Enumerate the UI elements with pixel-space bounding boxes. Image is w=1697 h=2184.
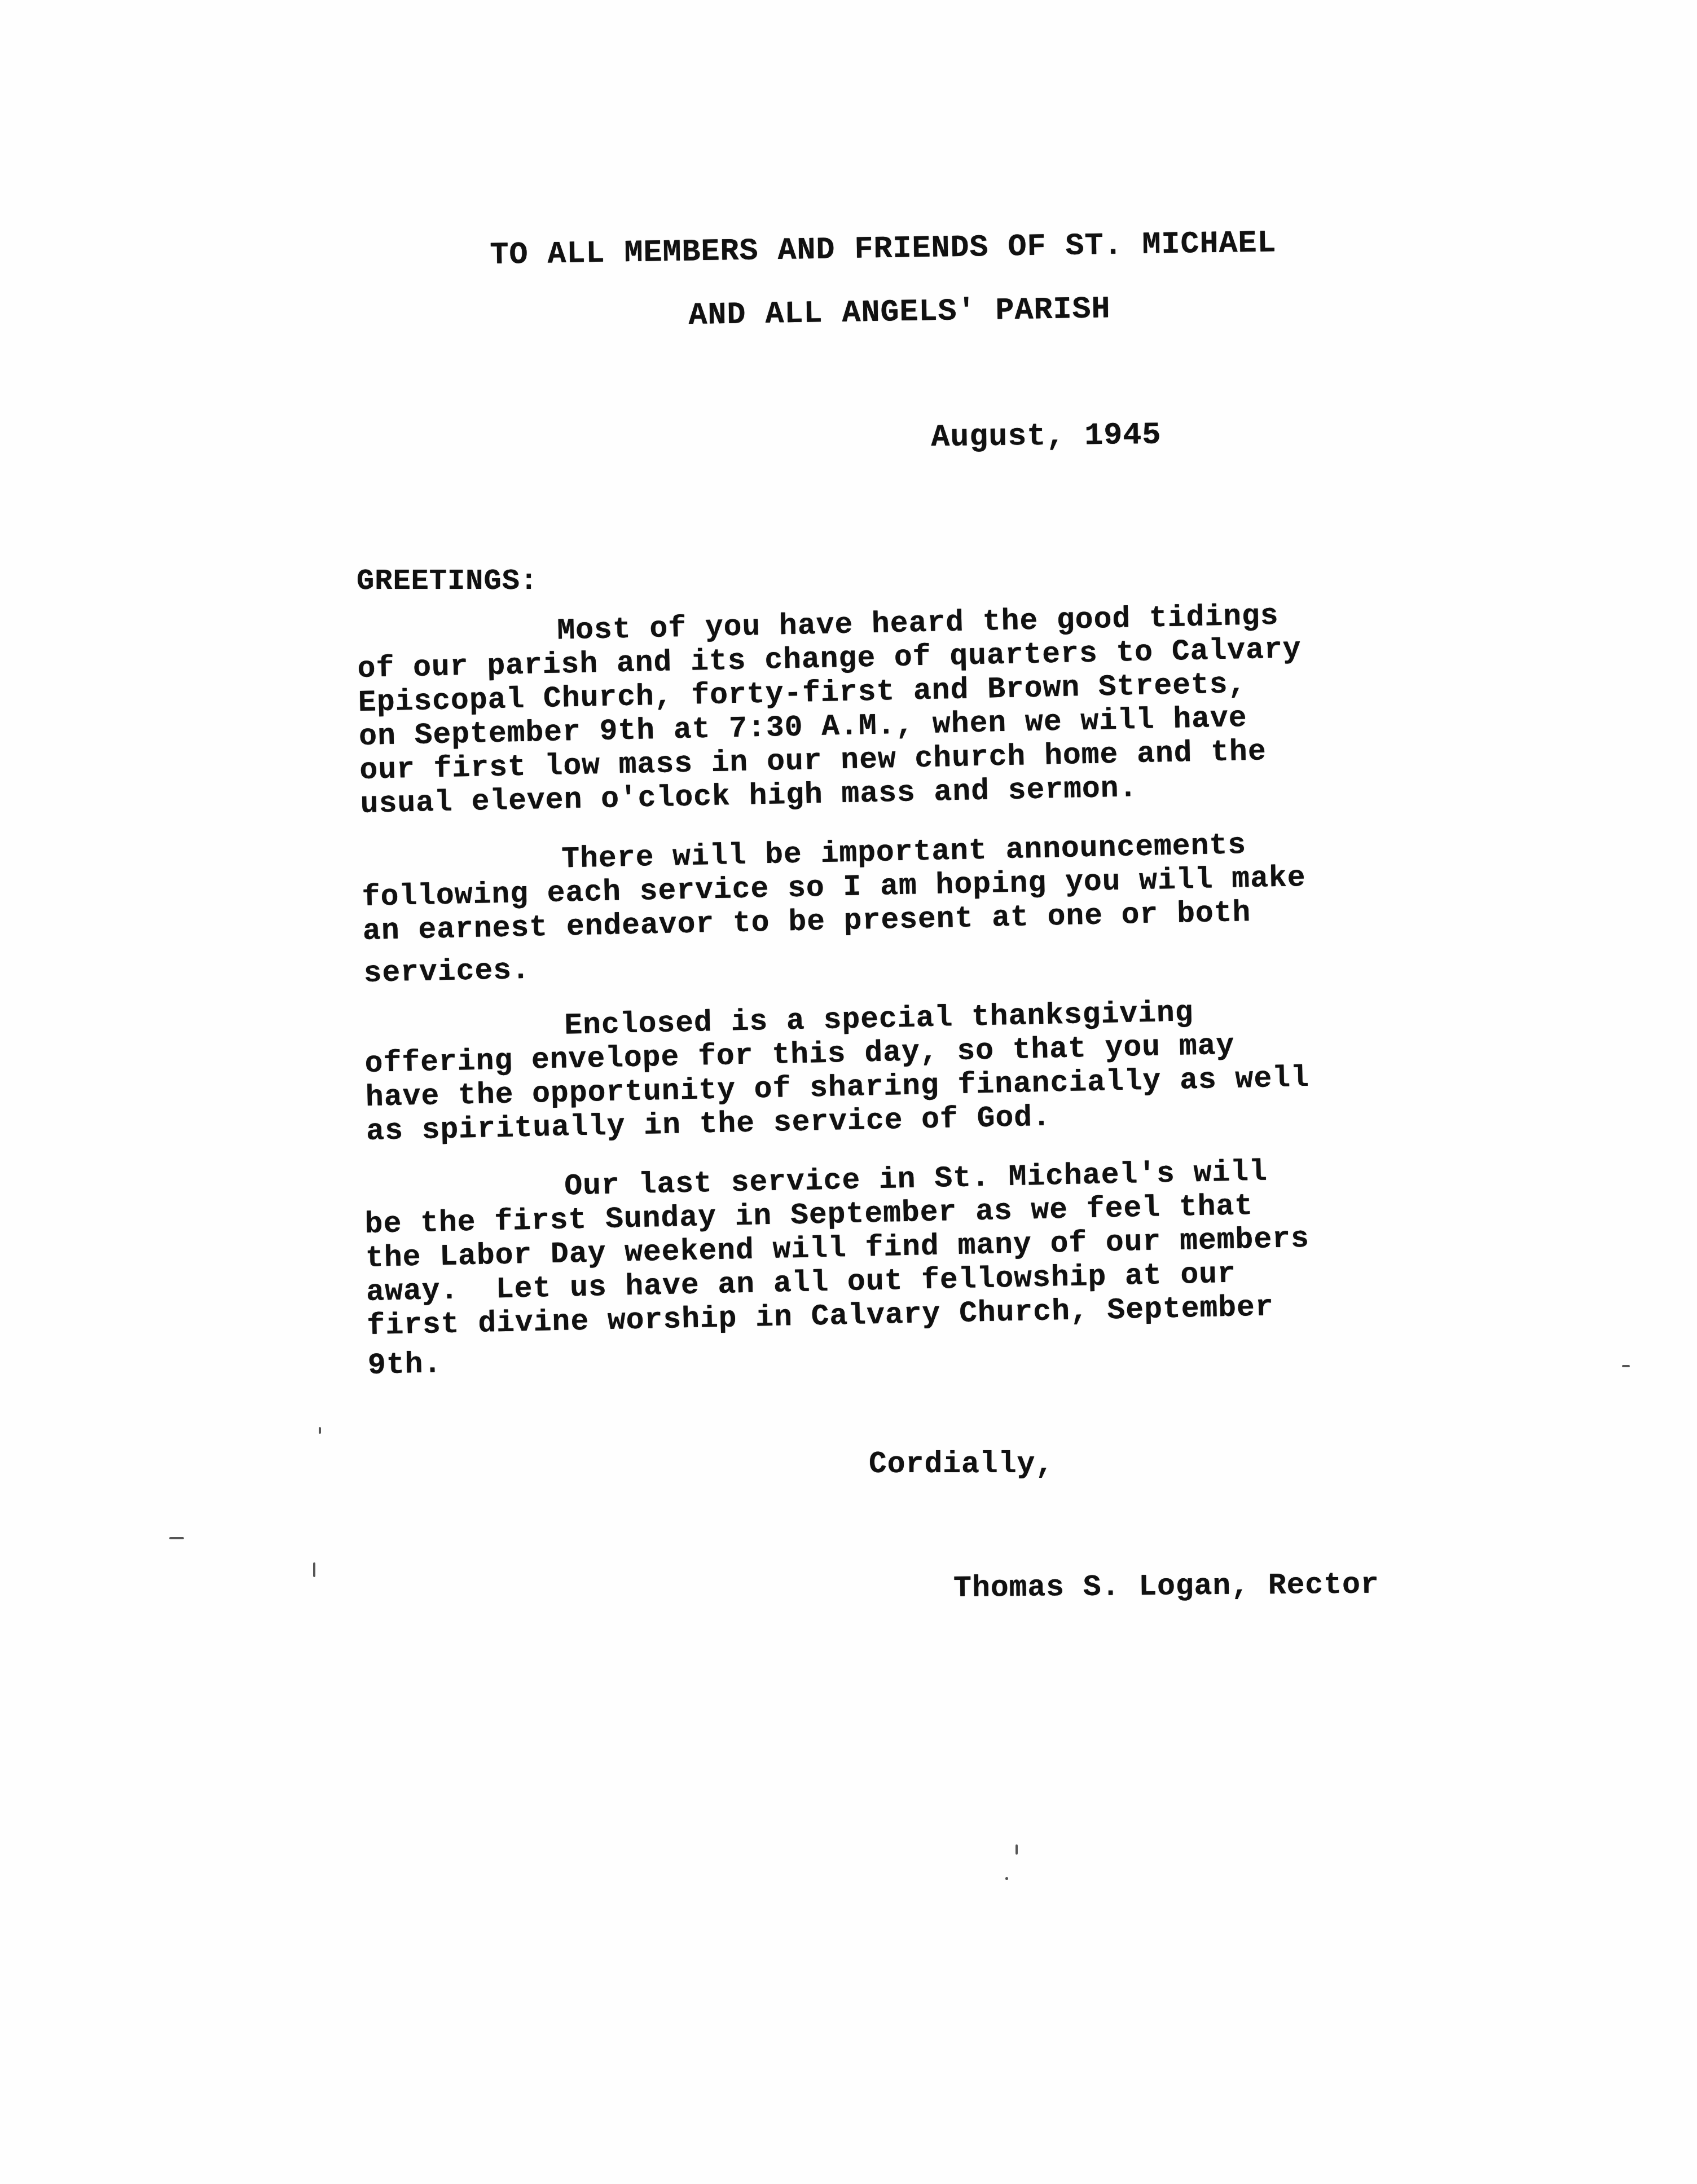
paragraph-line: services. [363,955,530,989]
scan-speck [1015,1844,1018,1855]
paragraph-4: Our last service in St. Michael's will b… [364,1174,443,1415]
heading-line-2: AND ALL ANGELS' PARISH [688,293,1111,331]
letter-page: TO ALL MEMBERS AND FRIENDS OF ST. MICHAE… [0,0,1697,2184]
closing: Cordially, [869,1450,1054,1480]
scan-speck [1005,1877,1008,1880]
paragraph-line: 9th. [367,1349,442,1381]
salutation: GREETINGS: [357,567,538,596]
scan-speck [319,1427,321,1434]
heading-line-1: TO ALL MEMBERS AND FRIENDS OF ST. MICHAE… [490,227,1277,271]
scan-speck [313,1562,315,1577]
letter-date: August, 1945 [931,420,1162,453]
scan-speck [1622,1365,1630,1367]
paragraph-3: Enclosed is a special thanksgiving offer… [364,1014,442,1195]
scan-speck [169,1537,184,1539]
paragraph-1: Most of you have heard the good tidings … [357,619,436,860]
paragraph-2: There will be important announcements fo… [361,847,439,1028]
signature: Thomas S. Logan, Rector [953,1570,1379,1604]
